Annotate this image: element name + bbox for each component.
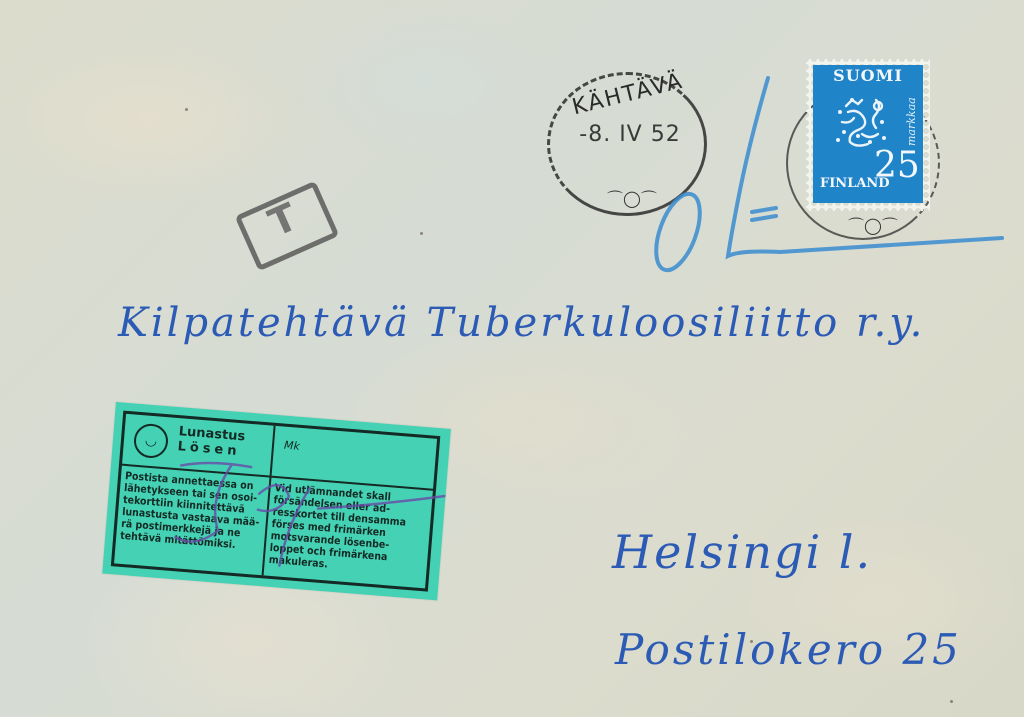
blue-pencil-marks <box>640 60 1020 290</box>
cash-on-delivery-label: ◡ Lunastus Lösen Mk Postista annettaessa… <box>102 402 451 600</box>
address-line-2: Helsingi l. <box>612 525 872 579</box>
address-line-3: Postilokero 25 <box>615 625 962 674</box>
handwritten-amount-scribble <box>102 402 451 600</box>
address-line-1: Kilpatehtävä Tuberkuloosiliitto r.y. <box>118 300 925 346</box>
foxing-spot <box>950 700 953 703</box>
foxing-spot <box>420 232 423 235</box>
foxing-spot <box>185 108 188 111</box>
